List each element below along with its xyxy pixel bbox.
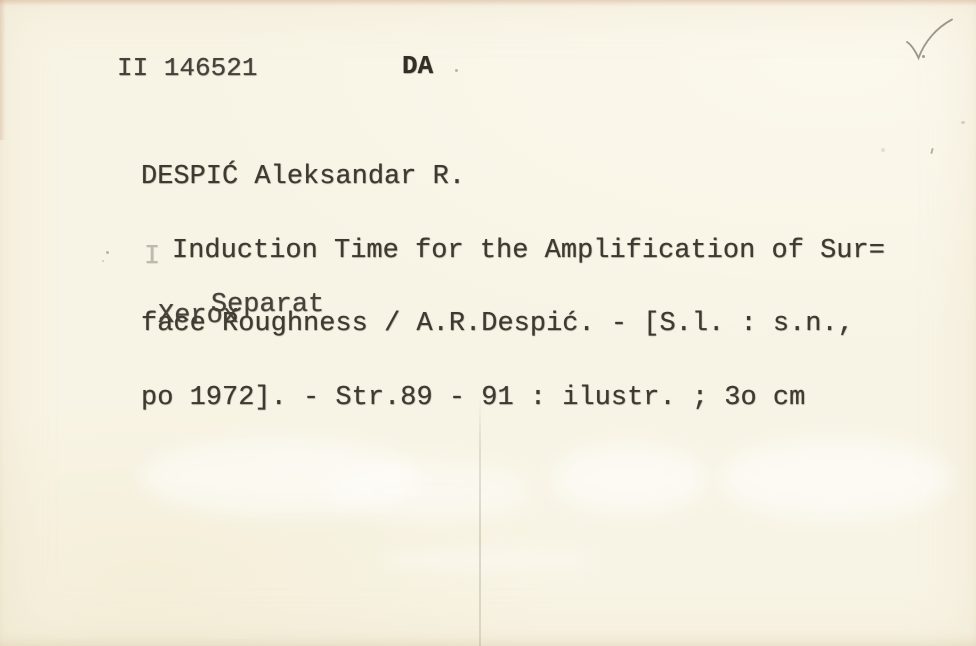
catalog-card: II 146521 DA DESPIĆ Aleksandar R. Induct…	[0, 0, 976, 646]
description-line: po 1972]. - Str.89 - 91 : ilustr. ; 3o c…	[141, 386, 885, 411]
classification-code: DA	[402, 54, 433, 79]
scan-edge-top	[0, 0, 976, 6]
smudge	[330, 462, 530, 520]
smudge	[378, 548, 593, 572]
author-heading: DESPIĆ Aleksandar R.	[141, 165, 885, 190]
smudge	[552, 444, 707, 514]
pencil-dot	[922, 55, 925, 58]
overstrike-char: I	[144, 245, 160, 270]
scan-edge-left	[0, 0, 6, 140]
checkmark-icon	[901, 15, 959, 65]
ink-speck	[930, 148, 933, 154]
ink-speck	[102, 260, 104, 262]
smudge	[718, 438, 953, 520]
paper-fleck	[881, 148, 885, 152]
fold-crease	[479, 395, 481, 646]
medium-note: Xerox	[158, 304, 239, 329]
call-number: II 146521	[117, 56, 257, 81]
ink-speck	[961, 121, 965, 124]
ink-speck	[455, 69, 458, 72]
ink-speck	[106, 251, 109, 254]
